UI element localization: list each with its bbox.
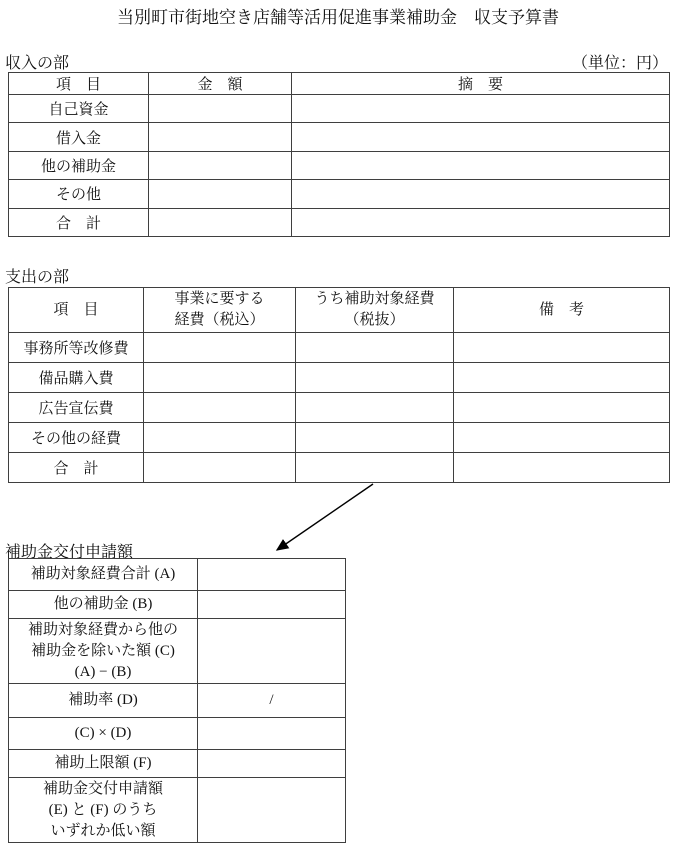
page-title: 当別町市街地空き店舗等活用促進事業補助金 収支予算書: [0, 3, 676, 28]
application-row: 補助対象経費合計 (A): [9, 559, 346, 591]
expense-row: 事務所等改修費: [9, 333, 670, 363]
income-item-cell: 他の補助金: [9, 151, 149, 179]
expense-note-cell: [454, 453, 670, 483]
income-item-cell: 自己資金: [9, 95, 149, 123]
income-table: 項 目 金 額 摘 要 自己資金 借入金 他の補助金 その他 合 計: [8, 72, 670, 237]
expense-item-cell: 事務所等改修費: [9, 333, 144, 363]
expense-total-cost-cell: [144, 363, 296, 393]
expense-total-cost-cell: [144, 333, 296, 363]
application-value-cell: [198, 750, 346, 778]
income-amount-cell: [149, 123, 292, 151]
income-amount-cell: [149, 208, 292, 236]
expense-item-cell: 備品購入費: [9, 363, 144, 393]
unit-note: （単位：円）: [572, 50, 668, 73]
application-label-cell: 補助対象経費合計 (A): [9, 559, 198, 591]
application-value-cell: [198, 591, 346, 619]
expense-item-cell: その他の経費: [9, 423, 144, 453]
income-amount-cell: [149, 95, 292, 123]
income-amount-cell: [149, 151, 292, 179]
income-row: 借入金: [9, 123, 670, 151]
expense-header-row: 項 目 事業に要する 経費（税込） うち補助対象経費 （税抜） 備 考: [9, 288, 670, 333]
application-label-cell: 補助率 (D): [9, 684, 198, 718]
income-note-cell: [292, 95, 670, 123]
expense-table: 項 目 事業に要する 経費（税込） うち補助対象経費 （税抜） 備 考 事務所等…: [8, 287, 670, 483]
income-item-cell: その他: [9, 180, 149, 208]
expense-header-item: 項 目: [9, 288, 144, 333]
expense-header-total-cost: 事業に要する 経費（税込）: [144, 288, 296, 333]
income-section-label: 収入の部: [5, 50, 69, 73]
expense-eligible-cost-cell: [296, 423, 454, 453]
expense-row: 広告宣伝費: [9, 393, 670, 423]
income-row: その他: [9, 180, 670, 208]
income-note-cell: [292, 151, 670, 179]
application-label-cell: 補助対象経費から他の 補助金を除いた額 (C) (A) − (B): [9, 619, 198, 684]
expense-item-cell: 広告宣伝費: [9, 393, 144, 423]
expense-header-eligible-cost: うち補助対象経費 （税抜）: [296, 288, 454, 333]
expense-total-cost-cell: [144, 393, 296, 423]
budget-document-page: 当別町市街地空き店舗等活用促進事業補助金 収支予算書 収入の部 （単位：円） 項…: [0, 0, 676, 844]
expense-eligible-cost-cell: [296, 393, 454, 423]
income-header-row: 項 目 金 額 摘 要: [9, 73, 670, 95]
expense-eligible-cost-cell: [296, 453, 454, 483]
application-value-cell: [198, 718, 346, 750]
application-value-cell: [198, 778, 346, 843]
expense-note-cell: [454, 333, 670, 363]
expense-note-cell: [454, 363, 670, 393]
income-row: 自己資金: [9, 95, 670, 123]
expense-total-cost-cell: [144, 423, 296, 453]
application-table: 補助対象経費合計 (A) 他の補助金 (B) 補助対象経費から他の 補助金を除い…: [8, 558, 346, 843]
expense-total-cost-cell: [144, 453, 296, 483]
expense-row: 備品購入費: [9, 363, 670, 393]
income-note-cell: [292, 123, 670, 151]
income-total-row: 合 計: [9, 208, 670, 236]
income-amount-cell: [149, 180, 292, 208]
application-label-cell: 補助上限額 (F): [9, 750, 198, 778]
expense-total-row: 合 計: [9, 453, 670, 483]
income-header-amount: 金 額: [149, 73, 292, 95]
expense-section-label: 支出の部: [5, 264, 69, 287]
application-row: 補助対象経費から他の 補助金を除いた額 (C) (A) − (B): [9, 619, 346, 684]
expense-header-note: 備 考: [454, 288, 670, 333]
application-row: 補助上限額 (F): [9, 750, 346, 778]
application-row: (C) × (D): [9, 718, 346, 750]
income-item-cell: 借入金: [9, 123, 149, 151]
application-row: 補助金交付申請額 (E) と (F) のうち いずれか低い額: [9, 778, 346, 843]
income-item-cell: 合 計: [9, 208, 149, 236]
expense-note-cell: [454, 393, 670, 423]
expense-item-cell: 合 計: [9, 453, 144, 483]
expense-row: その他の経費: [9, 423, 670, 453]
application-label-cell: 他の補助金 (B): [9, 591, 198, 619]
application-row: 他の補助金 (B): [9, 591, 346, 619]
income-note-cell: [292, 208, 670, 236]
income-header-note: 摘 要: [292, 73, 670, 95]
application-value-cell: [198, 559, 346, 591]
application-value-cell: /: [198, 684, 346, 718]
income-note-cell: [292, 180, 670, 208]
income-row: 他の補助金: [9, 151, 670, 179]
application-label-cell: (C) × (D): [9, 718, 198, 750]
application-row: 補助率 (D) /: [9, 684, 346, 718]
expense-note-cell: [454, 423, 670, 453]
expense-eligible-cost-cell: [296, 333, 454, 363]
expense-eligible-cost-cell: [296, 363, 454, 393]
application-label-cell: 補助金交付申請額 (E) と (F) のうち いずれか低い額: [9, 778, 198, 843]
application-value-cell: [198, 619, 346, 684]
income-header-item: 項 目: [9, 73, 149, 95]
